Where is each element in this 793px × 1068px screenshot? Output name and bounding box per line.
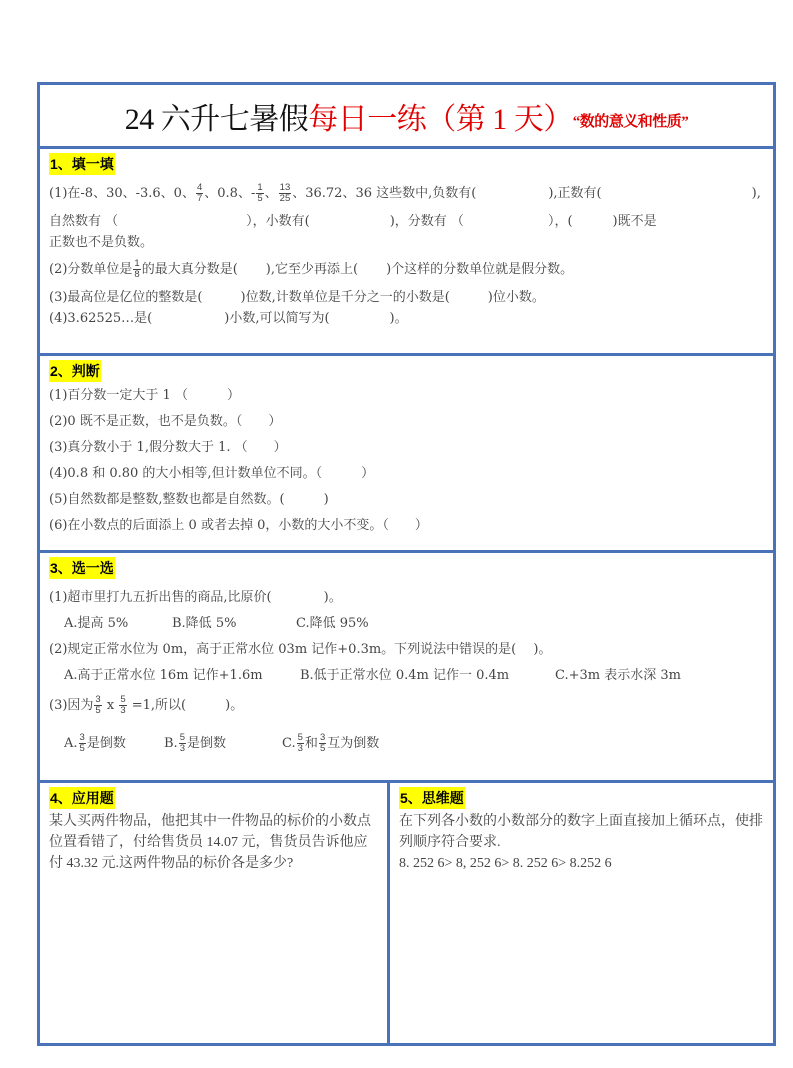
- thinking-problem-text: 在下列各小数的小数部分的数字上面直接加上循环点，使排列顺序符合要求.: [399, 811, 765, 853]
- q-text: ),它至少再添上(: [266, 262, 358, 277]
- option-a[interactable]: A.35是倒数: [64, 731, 164, 757]
- section-true-false: 2、判断 (1)百分数一定大于 1 （ ） (2)0 既不是正数，也不是负数。（…: [40, 356, 773, 553]
- q-text: )。: [390, 311, 408, 326]
- q-text: 、: [265, 186, 278, 201]
- q-text: ),正数有(: [548, 186, 601, 201]
- title-grade: 24 六升七暑假: [125, 103, 309, 136]
- question-1-2: (2)分数单位是18的最大真分数是(),它至少再添上()个这样的分数单位就是假分…: [49, 257, 765, 283]
- q-text: ），(: [548, 214, 573, 229]
- choice-question-1: (1)超市里打九五折出售的商品,比原价( )。: [49, 585, 765, 611]
- choice-question-3: (3)因为35 x 53 =1,所以( )。: [49, 693, 765, 719]
- section-heading: 1、填一填: [49, 153, 115, 175]
- q-text: )位小数。: [488, 290, 545, 305]
- option-b[interactable]: B.降低 5%: [172, 611, 296, 637]
- section-fill-in: 1、填一填 (1)在-8、30、-3.6、0、47、0.8、-15、1325、3…: [40, 149, 773, 356]
- option-a[interactable]: A.提高 5%: [64, 611, 172, 637]
- q-text: (1)在-8、30、-3.6、0、: [49, 186, 195, 201]
- judge-item[interactable]: (2)0 既不是正数，也不是负数。（ ）: [49, 409, 765, 435]
- q-text: (2)分数单位是: [49, 262, 132, 277]
- choice-options-1: A.提高 5%B.降低 5%C.降低 95%: [49, 611, 765, 637]
- section-heading: 5、思维题: [399, 787, 465, 809]
- section-thinking: 5、思维题 在下列各小数的小数部分的数字上面直接加上循环点，使排列顺序符合要求.…: [390, 783, 773, 1043]
- title-row: 24 六升七暑假每日一练（第 1 天）“数的意义和性质”: [40, 85, 773, 149]
- title-day: 每日一练（第 1 天）: [308, 103, 573, 136]
- thinking-expression: 8. 252 6> 8, 252 6> 8. 252 6> 8.252 6: [399, 853, 765, 874]
- section-heading: 3、选一选: [49, 557, 115, 579]
- q-text: =1,所以( )。: [128, 698, 244, 713]
- q-text: 的最大真分数是(: [142, 262, 238, 277]
- fraction: 35: [94, 695, 101, 716]
- question-1-1: (1)在-8、30、-3.6、0、47、0.8、-15、1325、36.72、3…: [49, 181, 765, 207]
- choice-options-2: A.高于正常水位 16m 记作+1.6mB.低于正常水位 0.4m 记作一 0.…: [49, 663, 765, 689]
- q-text: 自然数有 （: [49, 214, 118, 229]
- q-text: x: [103, 698, 119, 713]
- application-problem-text: 某人买两件物品，他把其中一件物品的标价的小数点位置看错了，付给售货员 14.07…: [49, 811, 379, 874]
- q-text: (4)3.62525…是(: [49, 311, 152, 326]
- q-text: )位数,计数单位是千分之一的小数是(: [241, 290, 450, 305]
- q-text: )个这样的分数单位就是假分数。: [386, 262, 573, 277]
- judge-item[interactable]: (1)百分数一定大于 1 （ ）: [49, 383, 765, 409]
- option-c[interactable]: C.53和35互为倒数: [282, 731, 379, 757]
- option-b[interactable]: B.53是倒数: [164, 731, 282, 757]
- judge-item[interactable]: (4)0.8 和 0.80 的大小相等,但计数单位不同。（ ）: [49, 461, 765, 487]
- option-c[interactable]: C.+3m 表示水深 3m: [555, 663, 681, 689]
- section-multiple-choice: 3、选一选 (1)超市里打九五折出售的商品,比原价( )。 A.提高 5%B.降…: [40, 553, 773, 783]
- option-b[interactable]: B.低于正常水位 0.4m 记作一 0.4m: [300, 663, 555, 689]
- fraction: 18: [133, 259, 140, 280]
- q-text: )小数,可以简写为(: [224, 311, 329, 326]
- q-text: (3)因为: [49, 698, 93, 713]
- choice-options-3: A.35是倒数B.53是倒数C.53和35互为倒数: [49, 731, 765, 757]
- section-heading: 2、判断: [49, 360, 101, 382]
- judge-item[interactable]: (3)真分数小于 1,假分数大于 1. （ ）: [49, 435, 765, 461]
- fraction: 47: [196, 183, 203, 204]
- section-heading: 4、应用题: [49, 787, 115, 809]
- fraction: 53: [119, 695, 126, 716]
- worksheet-table: 24 六升七暑假每日一练（第 1 天）“数的意义和性质” 1、填一填 (1)在-…: [37, 82, 776, 1046]
- q-text: 、0.8、-: [204, 186, 255, 201]
- judge-item[interactable]: (5)自然数都是整数,整数也都是自然数。( ): [49, 487, 765, 513]
- q-text: )，分数有 （: [390, 214, 464, 229]
- option-a[interactable]: A.高于正常水位 16m 记作+1.6m: [64, 663, 300, 689]
- option-c[interactable]: C.降低 95%: [296, 611, 369, 637]
- q-text: )既不是: [613, 214, 657, 229]
- q-text: 、36.72、36 这些数中,负数有(: [292, 186, 476, 201]
- page-title: 24 六升七暑假每日一练（第 1 天）“数的意义和性质”: [125, 94, 689, 138]
- section-application: 4、应用题 某人买两件物品，他把其中一件物品的标价的小数点位置看错了，付给售货员…: [40, 783, 390, 1043]
- q-text: ),: [752, 186, 761, 201]
- fraction: 15: [256, 183, 263, 204]
- question-1-4: (4)3.62525…是()小数,可以简写为()。: [49, 309, 765, 329]
- judge-item[interactable]: (6)在小数点的后面添上 0 或者去掉 0，小数的大小不变。（ ）: [49, 513, 765, 539]
- q-text: (3)最高位是亿位的整数是(: [49, 290, 203, 305]
- question-1-1-cont: 自然数有 （），小数有()，分数有 （），()既不是: [49, 209, 765, 235]
- q-text: ），小数有(: [246, 214, 310, 229]
- choice-question-2: (2)规定正常水位为 0m，高于正常水位 03m 记作+0.3m。下列说法中错误…: [49, 637, 765, 663]
- question-1-3: (3)最高位是亿位的整数是()位数,计数单位是千分之一的小数是()位小数。: [49, 287, 765, 309]
- fraction: 1325: [279, 183, 292, 204]
- section-bottom-row: 4、应用题 某人买两件物品，他把其中一件物品的标价的小数点位置看错了，付给售货员…: [40, 783, 773, 1043]
- question-1-1-end: 正数也不是负数。: [49, 235, 765, 251]
- title-topic: “数的意义和性质”: [573, 114, 689, 130]
